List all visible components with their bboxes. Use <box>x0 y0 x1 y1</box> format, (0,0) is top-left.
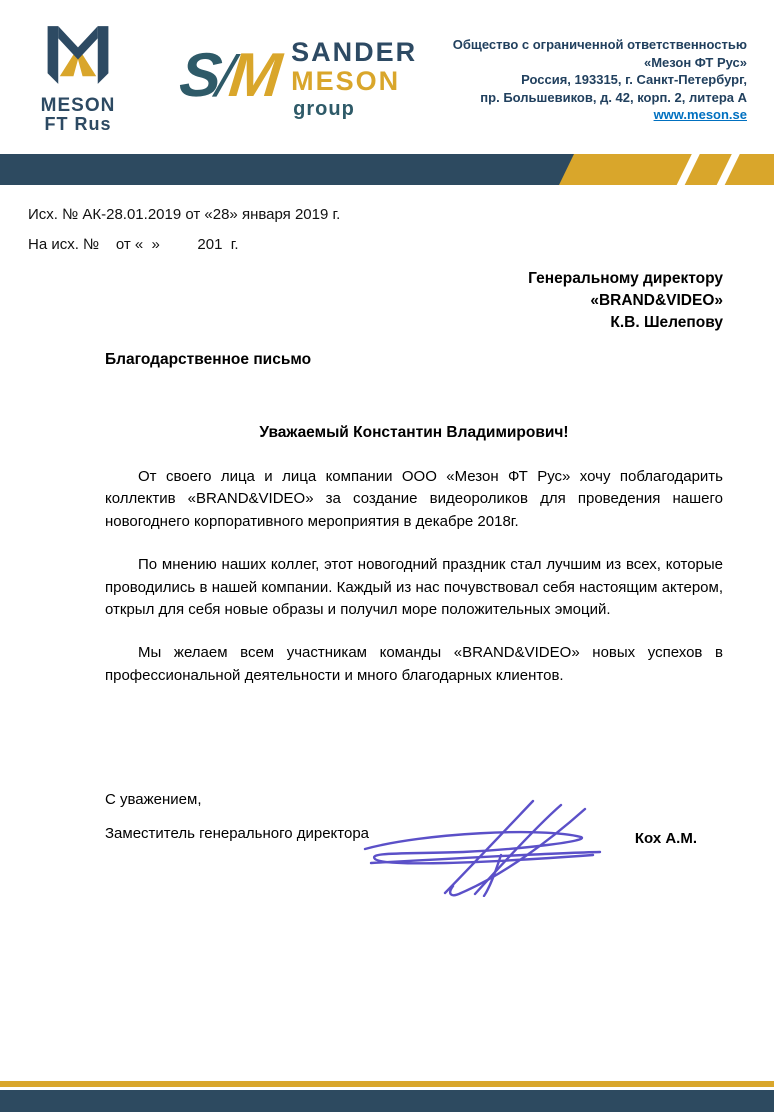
footer-gold-stripe <box>0 1081 774 1087</box>
addressee-line: К.В. Шелепову <box>528 312 723 334</box>
header-divider-band <box>0 154 774 185</box>
letter-subject: Благодарственное письмо <box>105 351 311 369</box>
wordmark-group: group <box>293 96 417 122</box>
body-paragraph: От своего лица и лица компании ООО «Мезо… <box>105 466 723 533</box>
letter-body: Уважаемый Константин Владимирович! От св… <box>105 424 723 708</box>
sander-meson-wordmark: SANDER MESON group <box>291 38 417 122</box>
salutation: Уважаемый Константин Владимирович! <box>105 424 723 442</box>
letter-page: MESON FT Rus S/M SANDER MESON group Обще… <box>0 0 774 1112</box>
band-navy-segment <box>0 154 574 185</box>
addressee-block: Генеральному директору «BRAND&VIDEO» К.В… <box>528 268 723 334</box>
incoming-ref-line: На исх. № от « » 201 г. <box>28 236 340 253</box>
wordmark-meson: MESON <box>291 67 417 96</box>
signer-name: Кох А.М. <box>635 830 697 847</box>
company-line: Россия, 193315, г. Санкт-Петербург, <box>453 71 747 89</box>
handwritten-signature <box>353 797 603 897</box>
meson-ft-rus-logo: MESON FT Rus <box>28 20 128 134</box>
outgoing-ref-line: Исх. № АК-28.01.2019 от «28» января 2019… <box>28 206 340 223</box>
addressee-line: Генеральному директору <box>528 268 723 290</box>
website-link[interactable]: www.meson.se <box>654 107 747 122</box>
closing-block: С уважением, Заместитель генерального ди… <box>105 791 723 925</box>
signer-position: Заместитель генерального директора <box>105 825 369 842</box>
addressee-line: «BRAND&VIDEO» <box>528 290 723 312</box>
wordmark-sander: SANDER <box>291 38 417 67</box>
meson-logo-text: MESON <box>28 96 128 115</box>
footer-navy-band <box>0 1090 774 1112</box>
sm-monogram-icon: S/M <box>176 40 281 113</box>
company-line: «Мезон ФТ Рус» <box>453 54 747 72</box>
body-paragraph: Мы желаем всем участникам команды «BRAND… <box>105 642 723 687</box>
body-paragraph: По мнению наших коллег, этот новогодний … <box>105 554 723 621</box>
company-address-block: Общество с ограниченной ответственностью… <box>453 36 747 124</box>
meson-logo-subtext: FT Rus <box>28 115 128 134</box>
company-line: Общество с ограниченной ответственностью <box>453 36 747 54</box>
company-line: пр. Большевиков, д. 42, корп. 2, литера … <box>453 89 747 107</box>
meson-m-icon <box>40 20 116 96</box>
reference-numbers: Исх. № АК-28.01.2019 от «28» января 2019… <box>28 206 340 253</box>
sander-meson-logo: S/M SANDER MESON group <box>180 38 417 122</box>
